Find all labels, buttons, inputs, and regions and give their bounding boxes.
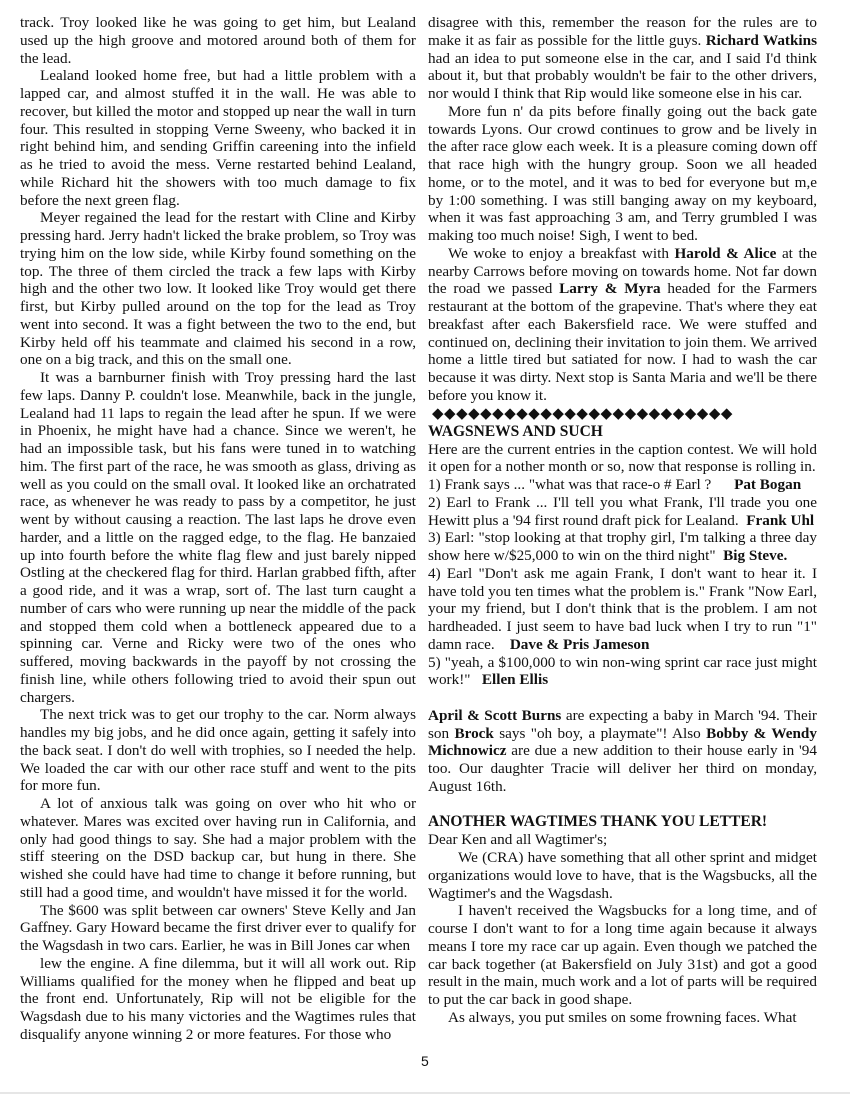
caption-entry: 3) Earl: "stop looking at that trophy gi… — [428, 529, 817, 565]
paragraph: Meyer regained the lead for the restart … — [20, 209, 416, 369]
paragraph: It was a barnburner finish with Troy pre… — [20, 369, 416, 706]
name-bold: Brock — [454, 725, 493, 742]
entry-author: Dave & Pris Jameson — [510, 636, 650, 653]
caption-entry: 2) Earl to Frank ... I'll tell you what … — [428, 494, 817, 530]
paragraph: The $600 was split between car owners' S… — [20, 902, 416, 955]
paragraph: We (CRA) have something that all other s… — [428, 849, 817, 902]
spacer — [428, 689, 817, 707]
name-bold: Larry & Myra — [559, 280, 660, 297]
paragraph: lew the engine. A fine dilemma, but it w… — [20, 955, 416, 1044]
entry-author: Ellen Ellis — [482, 671, 548, 688]
paragraph: April & Scott Burns are expecting a baby… — [428, 707, 817, 796]
name-bold: April & Scott Burns — [428, 707, 561, 724]
paragraph: Lealand looked home free, but had a litt… — [20, 67, 416, 209]
paragraph: We woke to enjoy a breakfast with Harold… — [428, 245, 817, 405]
letter-salutation: Dear Ken and all Wagtimer's; — [428, 831, 817, 849]
entry-text: 1) Frank says ... "what was that race-o … — [428, 476, 711, 493]
paragraph: Here are the current entries in the capt… — [428, 441, 817, 477]
section-heading-wagsnews: WAGSNEWS AND SUCH — [428, 423, 817, 441]
paragraph: track. Troy looked like he was going to … — [20, 14, 416, 67]
paragraph: More fun n' da pits before finally going… — [428, 103, 817, 245]
paragraph: A lot of anxious talk was going on over … — [20, 795, 416, 902]
spacer — [428, 796, 817, 814]
caption-entry: 4) Earl "Don't ask me again Frank, I don… — [428, 565, 817, 654]
caption-entry: 5) "yeah, a $100,000 to win non-wing spr… — [428, 654, 817, 690]
text: says "oh boy, a playmate"! Also — [494, 725, 706, 742]
name-bold: Harold & Alice — [674, 245, 776, 262]
section-heading-letter: ANOTHER WAGTIMES THANK YOU LETTER! — [428, 813, 817, 831]
text: We woke to enjoy a breakfast with — [448, 245, 674, 262]
right-column: disagree with this, remember the reason … — [428, 14, 817, 1027]
paragraph: The next trick was to get our trophy to … — [20, 706, 416, 795]
page-bottom-edge — [0, 1092, 850, 1094]
page-number: 5 — [421, 1053, 429, 1069]
text: headed for the Farmers restaurant at the… — [428, 280, 817, 404]
diamond-divider: ◆◆◆◆◆◆◆◆◆◆◆◆◆◆◆◆◆◆◆◆◆◆◆◆◆ — [428, 405, 817, 423]
entry-author: Frank Uhl — [746, 512, 814, 529]
entry-author: Big Steve. — [723, 547, 787, 564]
caption-entry: 1) Frank says ... "what was that race-o … — [428, 476, 817, 494]
name-bold: Richard Watkins — [706, 32, 817, 49]
entry-author: Pat Bogan — [734, 476, 801, 493]
paragraph: As always, you put smiles on some frowni… — [428, 1009, 817, 1027]
text: had an idea to put someone else in the c… — [428, 50, 817, 103]
paragraph: disagree with this, remember the reason … — [428, 14, 817, 103]
left-column: track. Troy looked like he was going to … — [20, 14, 416, 1044]
paragraph: I haven't received the Wagsbucks for a l… — [428, 902, 817, 1009]
